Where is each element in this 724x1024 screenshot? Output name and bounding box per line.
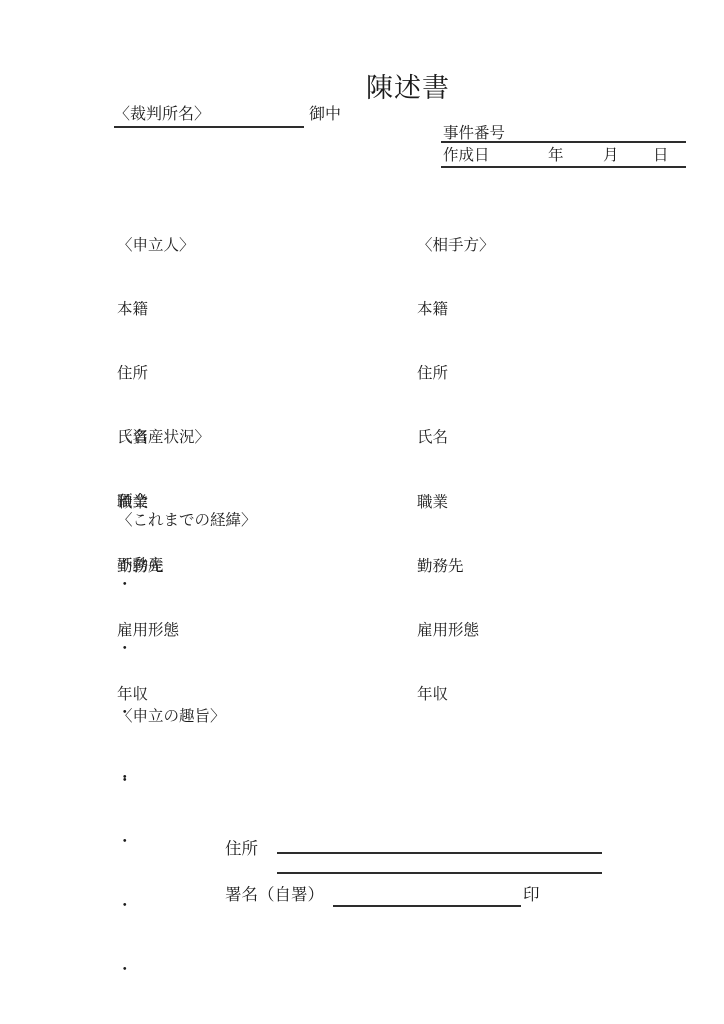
respondent-field-label: 本籍 (417, 299, 495, 320)
history-section-header: 〈これまでの経緯〉 (117, 510, 257, 531)
respondent-section-header: 〈相手方〉 (417, 235, 495, 256)
respondent-field-label: 勤務先 (417, 556, 495, 577)
address-label: 住所 (225, 835, 258, 859)
address-blank-line-1 (277, 852, 602, 854)
created-date-blank-line (441, 166, 686, 168)
applicant-field-label: 本籍 (117, 299, 195, 320)
signature-blank-line (333, 905, 521, 907)
respondent-field-label: 氏名 (417, 427, 495, 448)
respondent-section: 〈相手方〉 本籍 住所 氏名 職業 勤務先 雇用形態 年収 (417, 192, 495, 749)
court-name-label: 〈裁判所名〉 (114, 101, 210, 124)
respondent-field-label: 年収 (417, 684, 495, 705)
purpose-bullet: ・ (117, 770, 226, 791)
assets-section-header: 〈資産状況〉 (117, 427, 210, 448)
address-blank-line-2 (277, 872, 602, 874)
applicant-field-label: 住所 (117, 363, 195, 384)
respondent-field-label: 職業 (417, 492, 495, 513)
document-page: 陳述書 〈裁判所名〉 御中 事件番号 作成日 年 月 日 〈申立人〉 本籍 住所… (0, 0, 724, 1024)
signature-label: 署名（自署） (225, 881, 324, 905)
day-unit-label: 日 (653, 143, 669, 165)
applicant-section-header: 〈申立人〉 (117, 235, 195, 256)
history-bullet: ・ (117, 638, 257, 659)
created-date-label: 作成日 (443, 143, 490, 165)
court-honorific-label: 御中 (309, 101, 341, 124)
history-bullet: ・ (117, 959, 257, 980)
month-unit-label: 月 (603, 143, 619, 165)
respondent-field-label: 住所 (417, 363, 495, 384)
history-bullet: ・ (117, 574, 257, 595)
seal-label: 印 (523, 881, 540, 905)
court-name-blank-line (114, 126, 304, 128)
document-title: 陳述書 (366, 66, 450, 105)
year-unit-label: 年 (548, 143, 564, 165)
purpose-section: 〈申立の趣旨〉 ・ (117, 663, 226, 834)
respondent-field-label: 雇用形態 (417, 620, 495, 641)
purpose-section-header: 〈申立の趣旨〉 (117, 706, 226, 727)
case-number-label: 事件番号 (443, 121, 505, 143)
